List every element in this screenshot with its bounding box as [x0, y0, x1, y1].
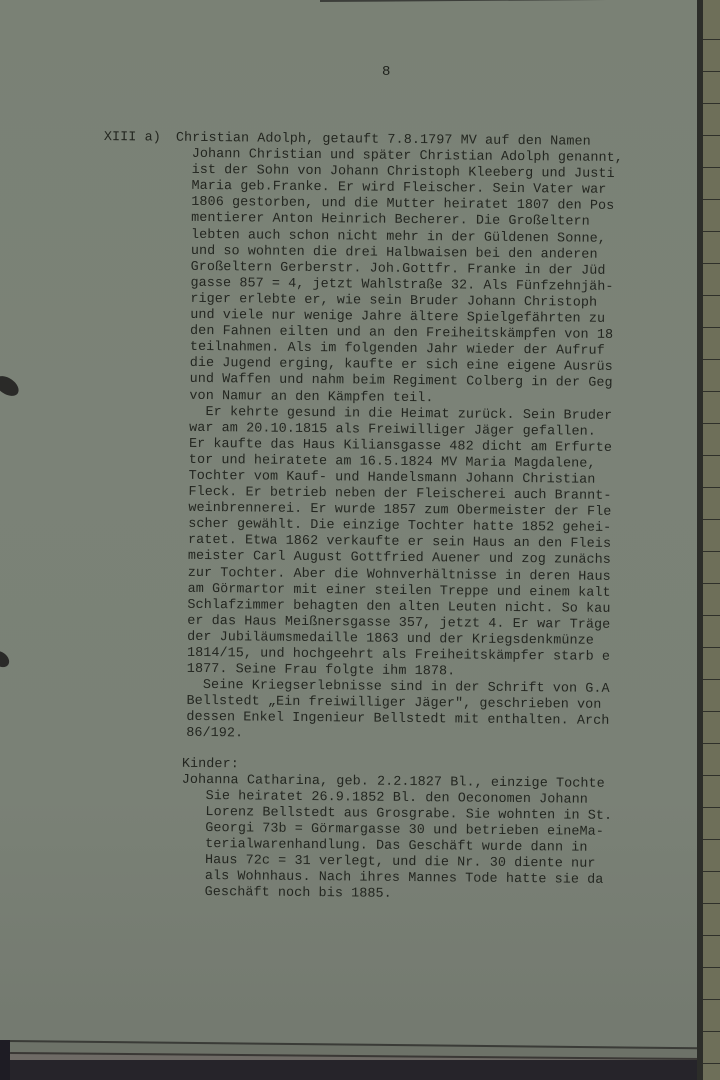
page-number: 8 [382, 64, 390, 80]
punch-hole-mark [0, 372, 22, 400]
background-surface [0, 1060, 720, 1080]
ledger-sheet-edge [703, 0, 720, 1080]
document-page: 8 XIII a)Christian Adolph, getauft 7.8.1… [0, 0, 698, 1062]
entry-label: XIII a) [104, 130, 176, 147]
document-body: XIII a)Christian Adolph, getauft 7.8.179… [97, 130, 694, 906]
children-section: Kinder: Johanna Catharina, geb. 2.2.1827… [97, 756, 688, 907]
page-top-edge [320, 0, 700, 2]
children-list: Johanna Catharina, geb. 2.2.1827 Bl., ei… [97, 772, 688, 906]
paragraph-war-memoir: Seine Kriegserlebnisse sind in der Schri… [98, 677, 689, 747]
punch-hole-mark [0, 648, 12, 671]
paragraph-entry: XIII a)Christian Adolph, getauft 7.8.179… [101, 130, 694, 409]
paragraph-later-life: Er kehrte gesund in die Heimat zurück. S… [99, 404, 692, 683]
background-surface [0, 1040, 10, 1080]
